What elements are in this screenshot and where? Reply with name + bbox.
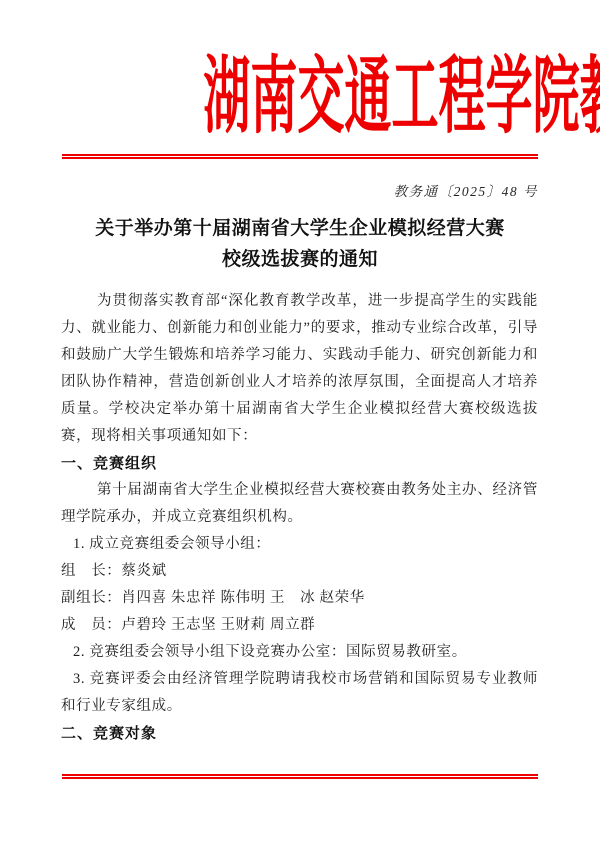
notice-title-line2: 校级选拔赛的通知 <box>30 244 570 275</box>
footer-divider-line <box>62 774 538 779</box>
organization-title: 湖南交通工程学院教务处 <box>203 56 600 140</box>
deputy-leaders-line: 副组长：肖四喜 朱忠祥 陈伟明 王 冰 赵荣华 <box>61 585 538 612</box>
section-1-heading: 一、竞赛组织 <box>61 450 538 477</box>
notice-title-line1: 关于举办第十届湖南省大学生企业模拟经营大赛 <box>30 213 570 244</box>
document-page: 湖南交通工程学院教务处 教务通〔2025〕48 号 关于举办第十届湖南省大学生企… <box>0 0 600 848</box>
letterhead-divider-line <box>62 154 538 159</box>
section-1-paragraph: 第十届湖南省大学生企业模拟经营大赛校赛由教务处主办、经济管理学院承办，并成立竞赛… <box>61 477 538 531</box>
letterhead-banner: 湖南交通工程学院教务处 <box>0 56 600 140</box>
leader-line: 组 长：蔡炎斌 <box>61 558 538 585</box>
section-1-item-3: 3. 竞赛评委会由经济管理学院聘请我校市场营销和国际贸易专业教师和行业专家组成。 <box>61 666 538 720</box>
section-1-item-2: 2. 竞赛组委会领导小组下设竞赛办公室：国际贸易教研室。 <box>61 639 538 666</box>
document-number: 教务通〔2025〕48 号 <box>62 180 538 200</box>
members-line: 成 员：卢碧玲 王志坚 王财莉 周立群 <box>61 612 538 639</box>
section-2-heading: 二、竞赛对象 <box>61 720 538 747</box>
notice-title: 关于举办第十届湖南省大学生企业模拟经营大赛 校级选拔赛的通知 <box>30 213 570 275</box>
intro-paragraph: 为贯彻落实教育部“深化教育教学改革，进一步提高学生的实践能力、就业能力、创新能力… <box>61 288 538 450</box>
notice-body: 为贯彻落实教育部“深化教育教学改革，进一步提高学生的实践能力、就业能力、创新能力… <box>61 288 538 747</box>
section-1-item-1: 1. 成立竞赛组委会领导小组： <box>61 531 538 558</box>
